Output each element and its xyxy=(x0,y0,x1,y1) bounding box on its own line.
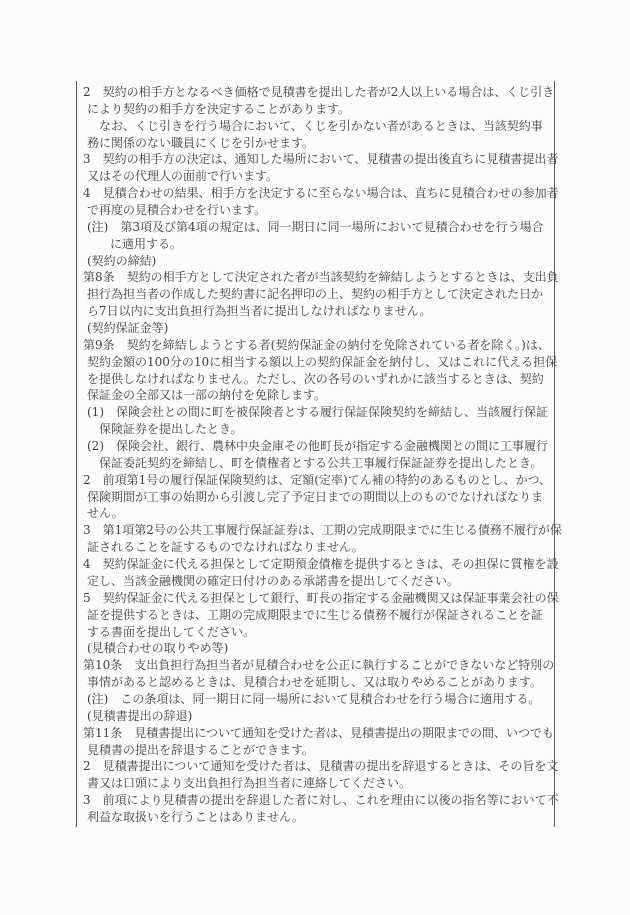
left-border-rule xyxy=(76,81,77,827)
document-line: 保険証券を提出したとき。 xyxy=(83,421,553,438)
document-line: ら7日以内に支出負担行為担当者に提出しなければなりません。 xyxy=(83,303,553,320)
document-line: 務に関係のない職員にくじを引かせます。 xyxy=(83,135,553,152)
document-line: 4 契約保証金に代える担保として定期預金債権を提供するときは、その担保に質権を設 xyxy=(83,556,553,573)
document-line: (契約保証金等) xyxy=(83,320,553,337)
document-line: 証を提供するときは、工期の完成期限までに生じる債務不履行が保証されることを証 xyxy=(83,607,553,624)
document-line: 第10条 支出負担行為担当者が見積合わせを公正に執行することができないなど特別の xyxy=(83,657,553,674)
document-line: 保証金の全部又は一部の納付を免除します。 xyxy=(83,387,553,404)
document-line: で再度の見積合わせを行います。 xyxy=(83,202,553,219)
document-line: 2 前項第1号の履行保証保険契約は、定額(定率)てん補の特約のあるものとし、かつ… xyxy=(83,472,553,489)
document-line: 2 見積書提出について通知を受けた者は、見積書の提出を辞退するときは、その旨を文 xyxy=(83,758,553,775)
document-text-block: 2 契約の相手方となるべき価格で見積書を提出した者が2人以上いる場合は、くじ引き… xyxy=(83,84,553,826)
document-line: 契約金額の100分の10に相当する額以上の契約保証金を納付し、又はこれに代える担… xyxy=(83,354,553,371)
document-line: 3 前項により見積書の提出を辞退した者に対し、これを理由に以後の指名等において不 xyxy=(83,792,553,809)
document-line: なお、くじ引きを行う場合において、くじを引かない者があるときは、当該契約事 xyxy=(83,118,553,135)
document-line: せん。 xyxy=(83,505,553,522)
document-line: 3 第1項第2号の公共工事履行保証証券は、工期の完成期限までに生じる債務不履行が… xyxy=(83,522,553,539)
document-line: 書又は口頭により支出負担行為担当者に連絡してください。 xyxy=(83,775,553,792)
document-line: (2) 保険会社、銀行、農林中央金庫その他町長が指定する金融機関との間に工事履行 xyxy=(83,438,553,455)
document-line: (契約の締結) xyxy=(83,253,553,270)
document-line: (注) この条項は、同一期日に同一場所において見積合わせを行う場合に適用する。 xyxy=(83,691,553,708)
document-line: (1) 保険会社との間に町を被保険者とする履行保証保険契約を締結し、当該履行保証 xyxy=(83,404,553,421)
document-line: (見積書提出の辞退) xyxy=(83,708,553,725)
document-line: を提供しなければなりません。ただし、次の各号のいずれかに該当するときは、契約 xyxy=(83,371,553,388)
document-line: (見積合わせの取りやめ等) xyxy=(83,640,553,657)
document-line: 利益な取扱いを行うことはありません。 xyxy=(83,809,553,826)
document-line: 第8条 契約の相手方として決定された者が当該契約を締結しようとするときは、支出負 xyxy=(83,269,553,286)
document-line: 3 契約の相手方の決定は、通知した場所において、見積書の提出後直ちに見積書提出者 xyxy=(83,151,553,168)
document-line: 保証委託契約を締結し、町を債権者とする公共工事履行保証証券を提出したとき。 xyxy=(83,455,553,472)
document-line: 担行為担当者の作成した契約書に記名押印の上、契約の相手方として決定された日か xyxy=(83,286,553,303)
scanned-document-page: 2 契約の相手方となるべき価格で見積書を提出した者が2人以上いる場合は、くじ引き… xyxy=(0,0,630,915)
document-line: に適用する。 xyxy=(83,236,553,253)
document-line: (注) 第3項及び第4項の規定は、同一期日に同一場所において見積合わせを行う場合 xyxy=(83,219,553,236)
document-line: 5 契約保証金に代える担保として銀行、町長の指定する金融機関又は保証事業会社の保 xyxy=(83,590,553,607)
document-line: 証されることを証するものでなければなりません。 xyxy=(83,539,553,556)
document-line: 保険期間が工事の始期から引渡し完了予定日までの期間以上のものでなければなりま xyxy=(83,489,553,506)
document-line: 第11条 見積書提出について通知を受けた者は、見積書提出の期限までの間、いつでも xyxy=(83,725,553,742)
document-line: 定し、当該金融機関の確定日付けのある承諾書を提出してください。 xyxy=(83,573,553,590)
document-line: 又はその代理人の面前で行います。 xyxy=(83,168,553,185)
document-line: 見積書の提出を辞退することができます。 xyxy=(83,742,553,759)
document-line: 第9条 契約を締結しようとする者(契約保証金の納付を免除されている者を除く。)は… xyxy=(83,337,553,354)
document-line: により契約の相手方を決定することがあります。 xyxy=(83,101,553,118)
document-line: 2 契約の相手方となるべき価格で見積書を提出した者が2人以上いる場合は、くじ引き xyxy=(83,84,553,101)
document-line: 4 見積合わせの結果、相手方を決定するに至らない場合は、直ちに見積合わせの参加者 xyxy=(83,185,553,202)
document-line: する書面を提出してください。 xyxy=(83,624,553,641)
document-line: 事情があると認めるときは、見積合わせを延期し、又は取りやめることがあります。 xyxy=(83,674,553,691)
